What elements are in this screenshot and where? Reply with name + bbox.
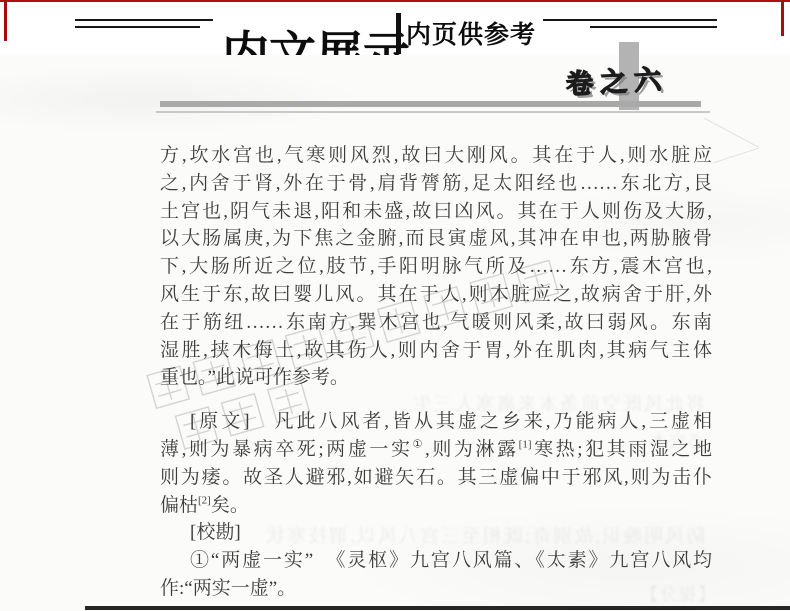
screenshot-root: 内文展示 内页供参考 卷之六	[0, 0, 790, 611]
text-line: 偏枯[2]矣。	[160, 492, 712, 520]
banner-divider-bar	[396, 13, 401, 54]
banner-left-red-tick	[4, 0, 7, 41]
text-line: 土宫也,阴气未退,阳和未盛,故曰凶风。其在于人则伤及大肠,	[160, 198, 712, 226]
banner-left-rule-top	[75, 19, 213, 21]
text-line: 之,内舍于肾,外在于骨,肩背膂筋,足太阳经也……东北方,艮	[160, 170, 712, 198]
text-line: 重也。”此说可作参考。	[160, 364, 712, 392]
volume-label: 卷之六	[565, 57, 669, 101]
banner-right-red-tick	[781, 0, 784, 36]
text-line: 薄,则为暴病卒死;两虚一实①,则为淋露[1]寒热;犯其雨湿之地	[160, 436, 712, 464]
banner-subtitle: 内页供参考	[406, 15, 536, 51]
text-line: 方,坎水宫也,气寒则风烈,故曰大刚风。其在于人,则水脏应	[160, 142, 712, 170]
text-line: [校勘]	[160, 519, 712, 547]
text-line: ①“两虚一实” 《灵枢》九宫八风篇、《太素》九宫八风均	[160, 547, 712, 575]
page-bottom-edge	[85, 606, 790, 610]
page-text: 方,坎水宫也,气寒则风烈,故曰大刚风。其在于人,则水脏应之,内舍于肾,外在于骨,…	[160, 142, 712, 603]
banner-left-rule-bottom	[75, 26, 200, 28]
banner-right-rule-top	[543, 19, 717, 21]
text-line: 下,大肠所近之位,肢节,手阳明脉气所及……东方,震木宫也,	[160, 253, 712, 281]
text-line: 则为痿。故圣人避邪,如避矢石。其三虚偏中于邪风,则为击仆	[160, 464, 712, 492]
page-header-rule-thin	[156, 111, 710, 113]
text-line: 湿胜,挟木侮土,故其伤人,则内舍于胃,外在肌肉,其病气主体	[160, 337, 712, 365]
text-line: 以大肠属庚,为下焦之金腑,而艮寅虚风,其冲在申也,两胁腋骨	[160, 225, 712, 253]
text-line: 作:“两实一虚”。	[160, 575, 712, 603]
text-line: [原文] 凡此八风者,皆从其虚之乡来,乃能病人,三虚相	[160, 408, 712, 436]
banner-right-rule-bottom	[590, 26, 717, 28]
text-line: 风生于东,故曰婴儿风。其在于人,则木脏应之,故病舍于肝,外	[160, 281, 712, 309]
text-line: 在于筋纽……东南方,巽木宫也,气暖则风柔,故曰弱风。东南	[160, 309, 712, 337]
page-header-rule-thick	[160, 101, 701, 107]
banner-top-rule	[0, 0, 790, 2]
